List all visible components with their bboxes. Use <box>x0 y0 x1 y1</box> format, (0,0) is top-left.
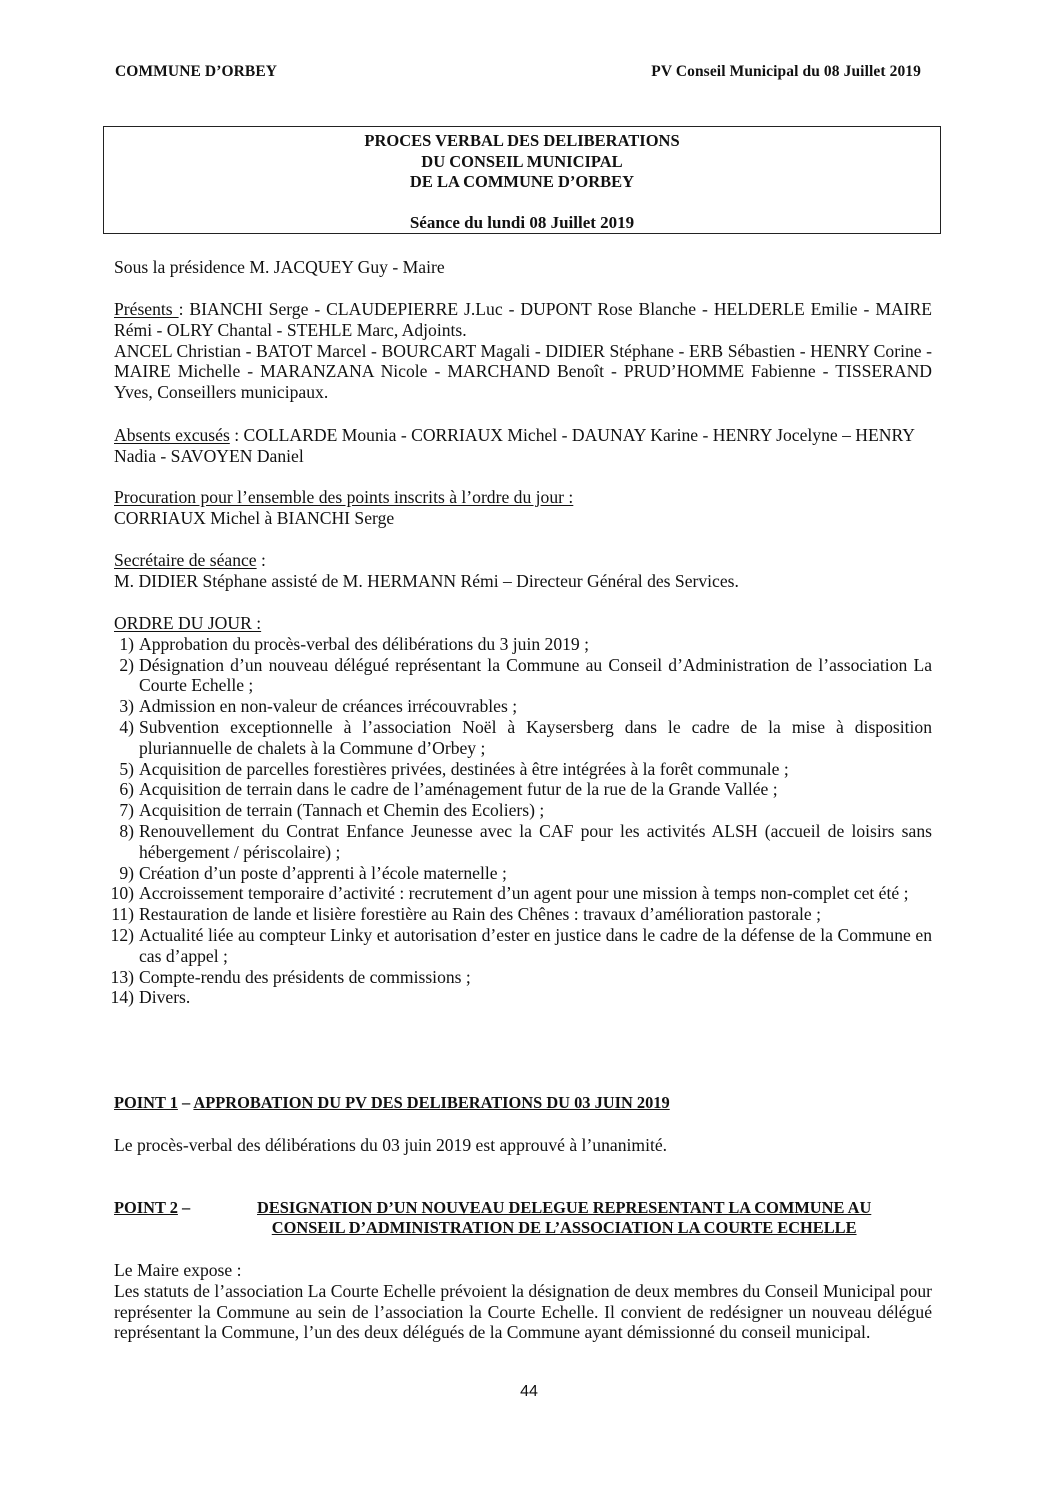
ordre-item-text: Renouvellement du Contrat Enfance Jeunes… <box>138 821 932 863</box>
ordre-item-text: Création d’un poste d’apprenti à l’école… <box>138 863 932 884</box>
ordre-item-text: Approbation du procès-verbal des délibér… <box>138 634 932 655</box>
ordre-item: 13)Compte-rendu des présidents de commis… <box>100 967 932 988</box>
presidence: Sous la présidence M. JACQUEY Guy - Mair… <box>114 257 932 278</box>
point-1-separator: – <box>178 1093 194 1112</box>
point-2-body: Le Maire expose : Les statuts de l’assoc… <box>114 1260 932 1343</box>
ordre-item-number: 14) <box>100 987 138 1008</box>
ordre-item-number: 10) <box>100 883 138 904</box>
ordre-item: 9)Création d’un poste d’apprenti à l’éco… <box>100 863 932 884</box>
page-number: 44 <box>0 1383 1058 1401</box>
procuration-label: Procuration pour l’ensemble des points i… <box>114 487 573 507</box>
title-line-3: DE LA COMMUNE D’ORBEY <box>104 172 940 193</box>
absents-section: Absents excusés : COLLARDE Mounia - CORR… <box>114 425 932 467</box>
ordre-item: 5)Acquisition de parcelles forestières p… <box>100 759 932 780</box>
document-page: COMMUNE D’ORBEY PV Conseil Municipal du … <box>0 0 1058 1497</box>
ordre-item-number: 1) <box>100 634 138 655</box>
ordre-item: 8)Renouvellement du Contrat Enfance Jeun… <box>100 821 932 863</box>
ordre-item: 3)Admission en non-valeur de créances ir… <box>100 696 932 717</box>
point-1-text: Le procès-verbal des délibérations du 03… <box>114 1135 932 1156</box>
ordre-item-text: Divers. <box>138 987 932 1008</box>
ordre-item: 1)Approbation du procès-verbal des délib… <box>100 634 932 655</box>
ordre-item: 14)Divers. <box>100 987 932 1008</box>
ordre-item: 11)Restauration de lande et lisière fore… <box>100 904 932 925</box>
title-box: PROCES VERBAL DES DELIBERATIONS DU CONSE… <box>103 126 941 234</box>
ordre-du-jour-list: 1)Approbation du procès-verbal des délib… <box>100 634 932 1008</box>
ordre-item: 12)Actualité liée au compteur Linky et a… <box>100 925 932 967</box>
secretaire-label: Secrétaire de séance <box>114 550 257 570</box>
point-2-intro: Le Maire expose : <box>114 1260 242 1280</box>
point-2-separator: – <box>178 1198 194 1217</box>
ordre-item-text: Actualité liée au compteur Linky et auto… <box>138 925 932 967</box>
ordre-item-text: Restauration de lande et lisière foresti… <box>138 904 932 925</box>
point-2-title-line-1: DESIGNATION D’UN NOUVEAU DELEGUE REPRESE… <box>257 1198 871 1217</box>
ordre-item-text: Subvention exceptionnelle à l’associatio… <box>138 717 932 759</box>
seance-date: Séance du lundi 08 Juillet 2019 <box>104 213 940 234</box>
ordre-du-jour: ORDRE DU JOUR : 1)Approbation du procès-… <box>100 613 932 1008</box>
procuration-section: Procuration pour l’ensemble des points i… <box>114 487 932 529</box>
ordre-item-number: 4) <box>100 717 138 759</box>
ordre-item-number: 2) <box>100 655 138 697</box>
ordre-item-text: Acquisition de terrain dans le cadre de … <box>138 779 932 800</box>
ordre-item-text: Acquisition de parcelles forestières pri… <box>138 759 932 780</box>
ordre-item: 6)Acquisition de terrain dans le cadre d… <box>100 779 932 800</box>
absents-list: : COLLARDE Mounia - CORRIAUX Michel - DA… <box>114 425 914 466</box>
ordre-item-number: 5) <box>100 759 138 780</box>
ordre-item-text: Accroissement temporaire d’activité : re… <box>138 883 932 904</box>
ordre-item-number: 7) <box>100 800 138 821</box>
point-1-heading: POINT 1 – APPROBATION DU PV DES DELIBERA… <box>114 1093 934 1113</box>
presents-conseillers: ANCEL Christian - BATOT Marcel - BOURCAR… <box>114 341 932 403</box>
point-2-title-line-2: CONSEIL D’ADMINISTRATION DE L’ASSOCIATIO… <box>272 1218 857 1237</box>
ordre-item: 4)Subvention exceptionnelle à l’associat… <box>100 717 932 759</box>
presents-section: Présents : BIANCHI Serge - CLAUDEPIERRE … <box>114 299 932 403</box>
procuration-text: CORRIAUX Michel à BIANCHI Serge <box>114 508 394 528</box>
secretaire-colon: : <box>257 550 266 570</box>
ordre-item-text: Compte-rendu des présidents de commissio… <box>138 967 932 988</box>
ordre-item-number: 9) <box>100 863 138 884</box>
ordre-item: 2)Désignation d’un nouveau délégué repré… <box>100 655 932 697</box>
ordre-item: 10)Accroissement temporaire d’activité :… <box>100 883 932 904</box>
absents-label: Absents excusés <box>114 425 230 445</box>
ordre-item-text: Désignation d’un nouveau délégué représe… <box>138 655 932 697</box>
ordre-item: 7)Acquisition de terrain (Tannach et Che… <box>100 800 932 821</box>
title-line-2: DU CONSEIL MUNICIPAL <box>104 152 940 173</box>
secretaire-text: M. DIDIER Stéphane assisté de M. HERMANN… <box>114 571 739 591</box>
point-2-text: Les statuts de l’association La Courte E… <box>114 1281 932 1343</box>
ordre-item-text: Acquisition de terrain (Tannach et Chemi… <box>138 800 932 821</box>
ordre-item-number: 11) <box>100 904 138 925</box>
ordre-item-number: 8) <box>100 821 138 863</box>
point-2-label: POINT 2 <box>114 1198 178 1217</box>
ordre-item-number: 3) <box>100 696 138 717</box>
title-line-1: PROCES VERBAL DES DELIBERATIONS <box>104 131 940 152</box>
ordre-item-number: 6) <box>100 779 138 800</box>
header-pv-title: PV Conseil Municipal du 08 Juillet 2019 <box>651 63 921 81</box>
point-1-label: POINT 1 <box>114 1093 178 1112</box>
ordre-item-number: 13) <box>100 967 138 988</box>
ordre-item-text: Admission en non-valeur de créances irré… <box>138 696 932 717</box>
presents-adjoints: : BIANCHI Serge - CLAUDEPIERRE J.Luc - D… <box>114 299 932 340</box>
ordre-item-number: 12) <box>100 925 138 967</box>
point-1-title: APPROBATION DU PV DES DELIBERATIONS DU 0… <box>193 1093 669 1112</box>
ordre-du-jour-label: ORDRE DU JOUR : <box>114 613 261 633</box>
presents-label: Présents <box>114 299 179 319</box>
header-commune: COMMUNE D’ORBEY <box>115 63 277 81</box>
secretaire-section: Secrétaire de séance : M. DIDIER Stéphan… <box>114 550 932 592</box>
point-2-heading: POINT 2 – DESIGNATION D’UN NOUVEAU DELEG… <box>114 1198 934 1238</box>
